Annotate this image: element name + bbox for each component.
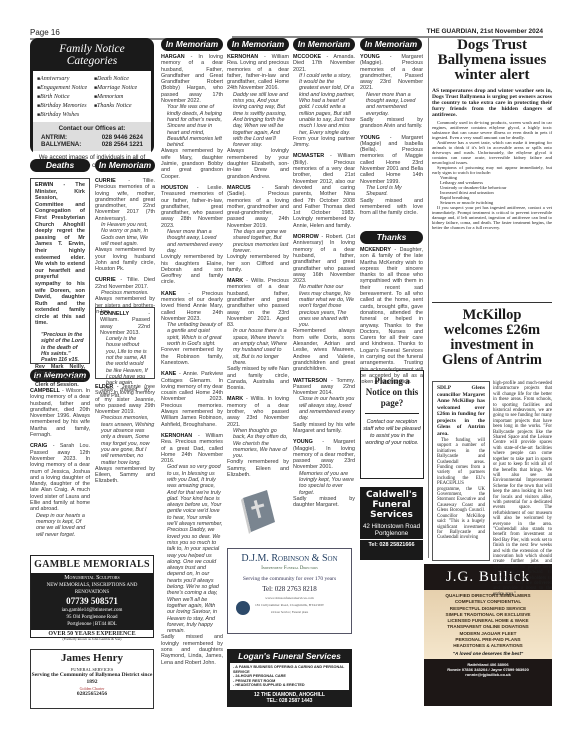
category-item: Anniversary bbox=[37, 75, 90, 84]
mckillop-lede: SDLP Glens councillor Margaret Anne McKi… bbox=[437, 385, 485, 437]
category-item: Death Notice bbox=[94, 75, 147, 84]
placing-notice-box: Placing a Notice on this page? Contact o… bbox=[360, 370, 424, 479]
column-divider bbox=[428, 38, 429, 558]
notice-kernohan: KERNOHAN - William Rea. Loving and preci… bbox=[227, 54, 289, 180]
category-item: Birthday Memories bbox=[37, 102, 90, 111]
djm-logo-icon bbox=[236, 601, 250, 615]
article-mckillop: McKillop welcomes £26m investment in Gle… bbox=[432, 308, 552, 368]
gamble-email: ian.gamble14@btinternet.com bbox=[33, 607, 151, 614]
category-item: Memoriam bbox=[94, 93, 147, 102]
category-list: Anniversary Death Notice Engagement Noti… bbox=[33, 71, 151, 122]
notice-currie: CURRIE - Tillie. Precious memories of a … bbox=[95, 178, 155, 272]
bullick-email: ronnie@rjgbullick.co.uk bbox=[424, 672, 552, 677]
memoriam-column-4: KERNOHAN - William Rea. Loving and preci… bbox=[227, 54, 289, 483]
mckillop-col1-box: SDLP Glens councillor Margaret Anne McKi… bbox=[432, 381, 490, 561]
dogs-p1: Commonly used in de-icing products, scre… bbox=[432, 120, 552, 140]
category-item: Marriage Notice bbox=[94, 84, 147, 93]
caldwells-tel: Tel: 028 25821666 bbox=[360, 540, 423, 548]
death-notice-erwin: ERWIN - The Minister, Kirk Session, Comm… bbox=[30, 178, 90, 364]
bullick-service: HEADSTONES & ALTERATIONS bbox=[426, 643, 550, 649]
memoriam-column-3: HARGAN - In loving memory of a dear husb… bbox=[161, 54, 223, 671]
notice-craig: CRAIG - Sarah Lou. Passed away 12th Nove… bbox=[30, 443, 90, 537]
office-name: ANTRIM: bbox=[41, 134, 67, 141]
logans-name: Logan's Funeral Services bbox=[227, 649, 352, 663]
mckillop-col2: high-profile and much-needed infrastruct… bbox=[493, 381, 552, 597]
section-deaths: Deaths bbox=[30, 159, 90, 172]
fnc-title: Family Notice Categories bbox=[33, 43, 151, 67]
jh-line: Serving the Community of Ballymena Distr… bbox=[31, 672, 153, 686]
gamble-address2: Portglenone | BT44 8DL bbox=[33, 621, 151, 628]
notice-mcmaster: MCMASTER - William (Billy). Precious mem… bbox=[293, 153, 355, 229]
notice-donnelly: DONNELLY - William. Passed away 22nd Nov… bbox=[95, 307, 155, 379]
dogs-p4: If you suspect your pet has ingested ant… bbox=[432, 205, 552, 230]
notice-marcus: MARCUS - Sarah (Sadie). Precious memorie… bbox=[227, 185, 289, 273]
djm-serving: Serving the community for over 170 years bbox=[228, 576, 351, 582]
notice-young: YOUNG - Margaret (Maggie). In loving mem… bbox=[293, 439, 355, 508]
contact-title: Contact our Offices at: bbox=[41, 125, 143, 132]
djm-name: D.J.M. Robinson & Son bbox=[228, 553, 351, 564]
gamble-line1: Monumental Sculptors bbox=[33, 575, 151, 582]
notice-morrow: MORROW - Robert. (1st Anniversary) In lo… bbox=[293, 234, 355, 373]
category-item: Thanks Notice bbox=[94, 102, 147, 111]
section-in-memoriam: In Memoriam bbox=[360, 38, 422, 51]
dogs-p3: Symptoms of poisoning may not appear imm… bbox=[432, 165, 552, 175]
memoriam-column-1: CAMPBELL - Wilson. In loving memory of a… bbox=[30, 388, 90, 543]
djm-tel: Tel: 028 2763 8218 bbox=[228, 585, 351, 593]
dogs-headline: Dogs Trust Ballymena issues winter alert bbox=[432, 38, 552, 83]
dogs-lede: AS temperatures drop and winter weather … bbox=[432, 88, 552, 118]
section-in-memoriam: In Memoriam bbox=[161, 38, 223, 51]
caldwells-address: 42 Hiltonstown Road Portglenone bbox=[360, 523, 423, 540]
article-divider bbox=[432, 302, 552, 303]
notice-hargan: HARGAN - In loving memory of a dear husb… bbox=[161, 54, 223, 180]
notice-mccooke: MCCOOKE - Amanda. Died 17th November 202… bbox=[293, 54, 355, 148]
gamble-line2: New Memorials, Inscriptions and Renovati… bbox=[33, 582, 151, 596]
logans-tel: TEL: 028 2587 1443 bbox=[227, 698, 352, 704]
mckillop-col1: The funding will support a number of ini… bbox=[437, 438, 485, 541]
office-phone: 028 9446 2624 bbox=[102, 134, 143, 141]
dogs-p2: Antifreeze has a sweet taste, which can … bbox=[432, 140, 552, 165]
section-in-memoriam: In Memoriam bbox=[227, 38, 289, 51]
category-item: Birthday Wishes bbox=[37, 111, 90, 120]
gamble-phone: 07739 508571 bbox=[33, 596, 151, 607]
james-henry-ad: James Henry FUNERAL SERVICES Serving the… bbox=[30, 649, 154, 709]
notice-young: YOUNG - Margaret (Maggie) and Isabella (… bbox=[360, 135, 423, 217]
logans-item: - A FAMILY BUSINESS OFFERING A CARING AN… bbox=[233, 665, 346, 674]
notice-houston: HOUSTON - Leslie. Treasured memories of … bbox=[161, 185, 223, 286]
section-in-memoriam: In Memoriam bbox=[293, 38, 355, 51]
section-thanks: Thanks bbox=[360, 231, 423, 244]
gamble-name: GAMBLE MEMORIALS bbox=[31, 556, 153, 573]
section-in-memoriam: In Memoriam bbox=[95, 159, 155, 172]
family-notice-categories-box: Family Notice Categories Anniversary Dea… bbox=[30, 38, 154, 154]
bullick-tagline: "A loved one deserves the best" bbox=[426, 651, 550, 657]
notice-kernohan: KERNOHAN - William Rea. Precious memorie… bbox=[161, 433, 223, 666]
memoriam-column-2: CURRIE - Tillie. Precious memories of a … bbox=[95, 178, 155, 320]
notice-kane: KANE - Annie. Parkview Cottages Glenarm.… bbox=[161, 371, 223, 428]
jh-phone: 02825652456 bbox=[31, 691, 153, 697]
office-name: BALLYMENA: bbox=[41, 141, 81, 148]
notice-campbell: CAMPBELL - Wilson. In loving memory of a… bbox=[30, 388, 90, 438]
djm-sub: Independent Funeral Directors bbox=[228, 566, 351, 571]
caldwells-name: Caldwell's Funeral Services bbox=[360, 487, 423, 520]
djm-robinson-ad: D.J.M. Robinson & Son Independent Funera… bbox=[227, 548, 352, 634]
logans-item: - HEADSTONES SUPPLIED & ERECTED bbox=[233, 683, 346, 688]
gamble-footer-sub: (Formerly known as John Gamble & Son) bbox=[31, 637, 153, 641]
memoriam-column-5: MCCOOKE - Amanda. Died 17th November 202… bbox=[293, 54, 355, 513]
caldwells-ad: Caldwell's Funeral Services 42 Hiltonsto… bbox=[360, 487, 423, 560]
office-phone: 028 2564 1221 bbox=[102, 141, 143, 148]
article-dogs-trust: Dogs Trust Ballymena issues winter alert… bbox=[432, 38, 552, 230]
placing-title: Placing a Notice on this page? bbox=[365, 371, 419, 414]
jh-name: James Henry bbox=[31, 652, 153, 664]
notice-elder: ELDER - Jeannie (nee Swan). In loving me… bbox=[95, 384, 155, 485]
category-item: Engagement Notice bbox=[37, 84, 90, 93]
memoriam-column-6: YOUNG - Margaret (Maggie). Precious memo… bbox=[360, 54, 423, 221]
gamble-address1: 95 Old Portglenone Road bbox=[33, 614, 151, 621]
contact-offices: Contact our Offices at: ANTRIM:028 9446 … bbox=[33, 122, 151, 151]
notice-watterson: WATTERSON - Tommy. Passed away 22nd Nove… bbox=[293, 378, 355, 435]
gamble-memorials-ad: GAMBLE MEMORIALS Monumental Sculptors Ne… bbox=[30, 555, 154, 638]
category-item: Birth Notice bbox=[37, 93, 90, 102]
placing-text: Contact our reception staff who will be … bbox=[361, 414, 423, 447]
logans-ad: Logan's Funeral Services - A FAMILY BUSI… bbox=[227, 649, 352, 707]
notice-young: YOUNG - Margaret (Maggie). Precious memo… bbox=[360, 54, 423, 130]
notice-kane: KANE - Precious memories of our dearly l… bbox=[161, 291, 223, 367]
thanks-notice-mckendry: MCKENDRY - Daughter, son & family of the… bbox=[360, 247, 423, 386]
bible-icon bbox=[237, 488, 279, 536]
mckillop-headline: McKillop welcomes £26m investment in Gle… bbox=[432, 308, 552, 368]
notice-mark: MARK - Willis. In loving memory of a dea… bbox=[227, 396, 289, 478]
notice-mark: MARK - Willis. Precious memories of a de… bbox=[227, 278, 289, 391]
djm-web: www.robinsonfuneralservices.com bbox=[228, 596, 351, 600]
